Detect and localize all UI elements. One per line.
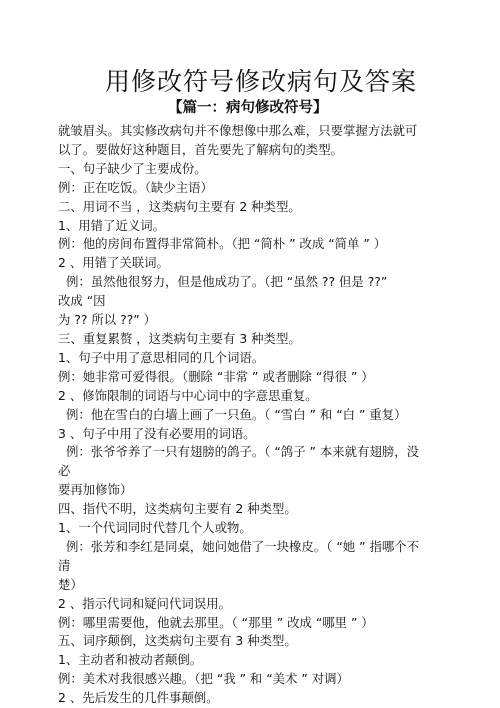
- document-body: 就皱眉头。其实修改病句并不像想像中那么难，只要掌握方法就可以了。要做好这种题目，…: [58, 122, 448, 708]
- text-line: 1、一个代词同时代替几个人或物。: [58, 519, 448, 538]
- text-line: 必: [58, 462, 448, 481]
- text-line: 三、重复累赘 ，这类病句主要有 3 种类型。: [58, 330, 448, 349]
- text-line: 例：张爷爷养了一只有翅膀的鸽子。（ “鸽子 ” 本来就有翅膀，没: [58, 443, 448, 462]
- text-line: 例：张芳和李红是同桌，她问她借了一块橡皮。（ “她 ” 指哪个不: [58, 538, 448, 557]
- text-line: 例：他在雪白的白墙上画了一只鱼。（ “雪白 ” 和 “白 ” 重复）: [58, 406, 448, 425]
- text-line: 为 ?? 所以 ??” ）: [58, 311, 448, 330]
- text-line: 2 、修饰限制的词语与中心词中的字意思重复。: [58, 387, 448, 406]
- text-line: 一、句子缺少了主要成份。: [58, 160, 448, 179]
- text-line: 例：哪里需要他，他就去那里。（ “那里 ” 改成 “哪里 ” ）: [58, 614, 448, 633]
- text-line: 例：她非常可爱得很。（删除 “非常 ” 或者删除 “得很 ” ）: [58, 368, 448, 387]
- text-line: 1、用错了近义词。: [58, 217, 448, 236]
- text-line: 例：他的房间布置得非常简朴。（把 “简朴 ” 改成 “简单 ” ）: [58, 235, 448, 254]
- text-line: 以了。要做好这种题目，首先要先了解病句的类型。: [58, 141, 448, 160]
- text-line: 3 、句子中用了没有必要用的词语。: [58, 425, 448, 444]
- text-line: 楚）: [58, 576, 448, 595]
- text-line: 改成 “因: [58, 292, 448, 311]
- text-line: 例：美术对我很感兴趣。（把 “我 ” 和 “美术 ” 对调）: [58, 670, 448, 689]
- document-title: 用修改符号修改病句及答案: [0, 62, 500, 98]
- text-line: 五、词序颠倒，这类病句主要有 3 种类型。: [58, 632, 448, 651]
- text-line: 四、指代不明，这类病句主要有 2 种类型。: [58, 500, 448, 519]
- text-line: 1、主动者和被动者颠倒。: [58, 651, 448, 670]
- text-line: 2 、先后发生的几件事颠倒。: [58, 689, 448, 708]
- text-line: 1、句子中用了意思相同的几个词语。: [58, 349, 448, 368]
- text-line: 二、用词不当 ，这类病句主要有 2 种类型。: [58, 198, 448, 217]
- text-line: 清: [58, 557, 448, 576]
- text-line: 2 、用错了关联词。: [58, 254, 448, 273]
- text-line: 例：正在吃饭。（缺少主语）: [58, 179, 448, 198]
- text-line: 2 、指示代词和疑问代词误用。: [58, 595, 448, 614]
- text-line: 要再加修饰）: [58, 481, 448, 500]
- text-line: 就皱眉头。其实修改病句并不像想像中那么难，只要掌握方法就可: [58, 122, 448, 141]
- section-heading: 【篇一：病句修改符号】: [168, 96, 328, 117]
- text-line: 例：虽然他很努力，但是他成功了。（把 “虽然 ?? 但是 ??”: [58, 273, 448, 292]
